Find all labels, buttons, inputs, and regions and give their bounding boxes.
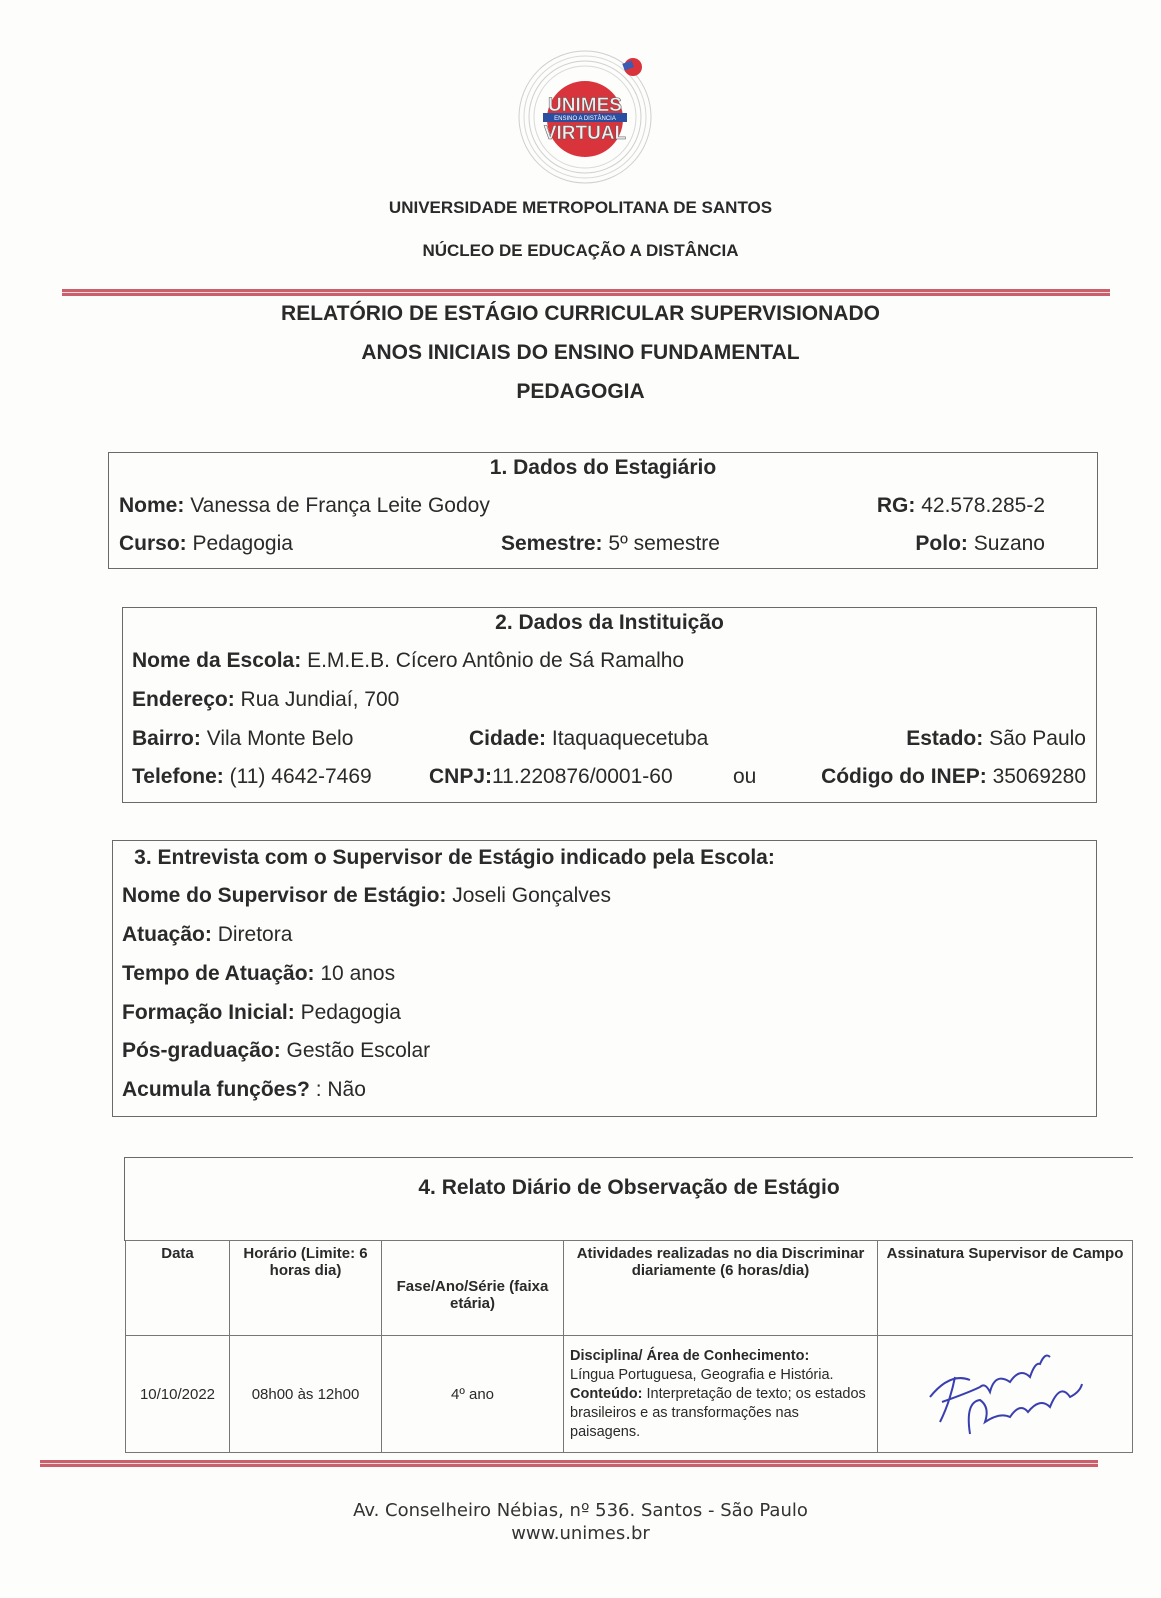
header-atividades: Atividades realizadas no dia Discriminar… [564, 1241, 878, 1336]
section-instituicao: 2. Dados da Instituição Nome da Escola: … [122, 607, 1097, 803]
header-horario: Horário (Limite: 6 horas dia) [230, 1241, 382, 1336]
field-nome: Nome: Vanessa de França Leite Godoy [119, 494, 490, 518]
header-divider [62, 289, 1110, 296]
report-subtitle: ANOS INICIAIS DO ENSINO FUNDAMENTAL [0, 341, 1161, 365]
svg-text:VIRTUAL: VIRTUAL [544, 123, 627, 144]
section-entrevista: 3. Entrevista com o Supervisor de Estági… [112, 840, 1097, 1117]
header-assinatura: Assinatura Supervisor de Campo [878, 1241, 1133, 1336]
section-relato: 4. Relato Diário de Observação de Estági… [124, 1157, 1133, 1241]
or-separator: ou [733, 765, 756, 789]
section-estagiario: 1. Dados do Estagiário Nome: Vanessa de … [108, 452, 1098, 569]
field-telefone: Telefone: (11) 4642-7469 [132, 765, 372, 789]
disciplina-label: Disciplina/ Área de Conhecimento: [570, 1348, 809, 1364]
svg-text:UNIMES: UNIMES [548, 95, 622, 116]
field-curso: Curso: Pedagogia [119, 532, 293, 556]
field-formacao: Formação Inicial: Pedagogia [122, 1001, 401, 1025]
section-title: 4. Relato Diário de Observação de Estági… [125, 1176, 1133, 1200]
table-header-row: Data Horário (Limite: 6 horas dia) Fase/… [126, 1241, 1133, 1336]
section-title: 2. Dados da Instituição [123, 611, 1096, 635]
field-bairro: Bairro: Vila Monte Belo [132, 727, 353, 751]
field-inep: Código do INEP: 35069280 [821, 765, 1086, 789]
report-title: RELATÓRIO DE ESTÁGIO CURRICULAR SUPERVIS… [0, 302, 1161, 326]
university-name: UNIVERSIDADE METROPOLITANA DE SANTOS [0, 198, 1161, 218]
field-acumula-funcoes: Acumula funções? : Não [122, 1078, 366, 1102]
field-rg: RG: 42.578.285-2 [877, 494, 1045, 518]
unimes-virtual-logo-icon: UNIMES ENSINO A DISTÂNCIA VIRTUAL [515, 45, 655, 185]
cell-assinatura [878, 1336, 1133, 1453]
cell-fase: 4º ano [382, 1336, 564, 1453]
field-escola: Nome da Escola: E.M.E.B. Cícero Antônio … [132, 649, 684, 673]
field-supervisor: Nome do Supervisor de Estágio: Joseli Go… [122, 884, 611, 908]
field-semestre: Semestre: 5º semestre [501, 532, 720, 556]
field-cidade: Cidade: Itaquaquecetuba [469, 727, 708, 751]
field-atuacao: Atuação: Diretora [122, 923, 292, 947]
footer-divider [40, 1460, 1098, 1467]
field-cnpj: CNPJ:11.220876/0001-60 [429, 765, 673, 789]
signature-icon [910, 1342, 1100, 1442]
footer-website: www.unimes.br [0, 1523, 1161, 1544]
section-title: 1. Dados do Estagiário [109, 456, 1097, 480]
footer-address: Av. Conselheiro Nébias, nº 536. Santos -… [0, 1500, 1161, 1521]
field-endereco: Endereço: Rua Jundiaí, 700 [132, 688, 399, 712]
svg-text:ENSINO A DISTÂNCIA: ENSINO A DISTÂNCIA [554, 115, 616, 122]
field-pos-graduacao: Pós-graduação: Gestão Escolar [122, 1039, 430, 1063]
field-estado: Estado: São Paulo [906, 727, 1086, 751]
section-title: 3. Entrevista com o Supervisor de Estági… [113, 846, 796, 870]
header-fase: Fase/Ano/Série (faixa etária) [382, 1241, 564, 1336]
cell-atividades: Disciplina/ Área de Conhecimento: Língua… [564, 1336, 878, 1453]
cell-horario: 08h00 às 12h00 [230, 1336, 382, 1453]
conteudo-label: Conteúdo: [570, 1386, 642, 1402]
report-course: PEDAGOGIA [0, 380, 1161, 404]
header-data: Data [126, 1241, 230, 1336]
nucleo-name: NÚCLEO DE EDUCAÇÃO A DISTÂNCIA [0, 241, 1161, 261]
field-tempo-atuacao: Tempo de Atuação: 10 anos [122, 962, 395, 986]
field-polo: Polo: Suzano [915, 532, 1045, 556]
table-row: 10/10/2022 08h00 às 12h00 4º ano Discipl… [126, 1336, 1133, 1453]
daily-log-table: Data Horário (Limite: 6 horas dia) Fase/… [125, 1240, 1133, 1453]
cell-data: 10/10/2022 [126, 1336, 230, 1453]
disciplina-value: Língua Portuguesa, Geografia e História. [570, 1367, 834, 1383]
